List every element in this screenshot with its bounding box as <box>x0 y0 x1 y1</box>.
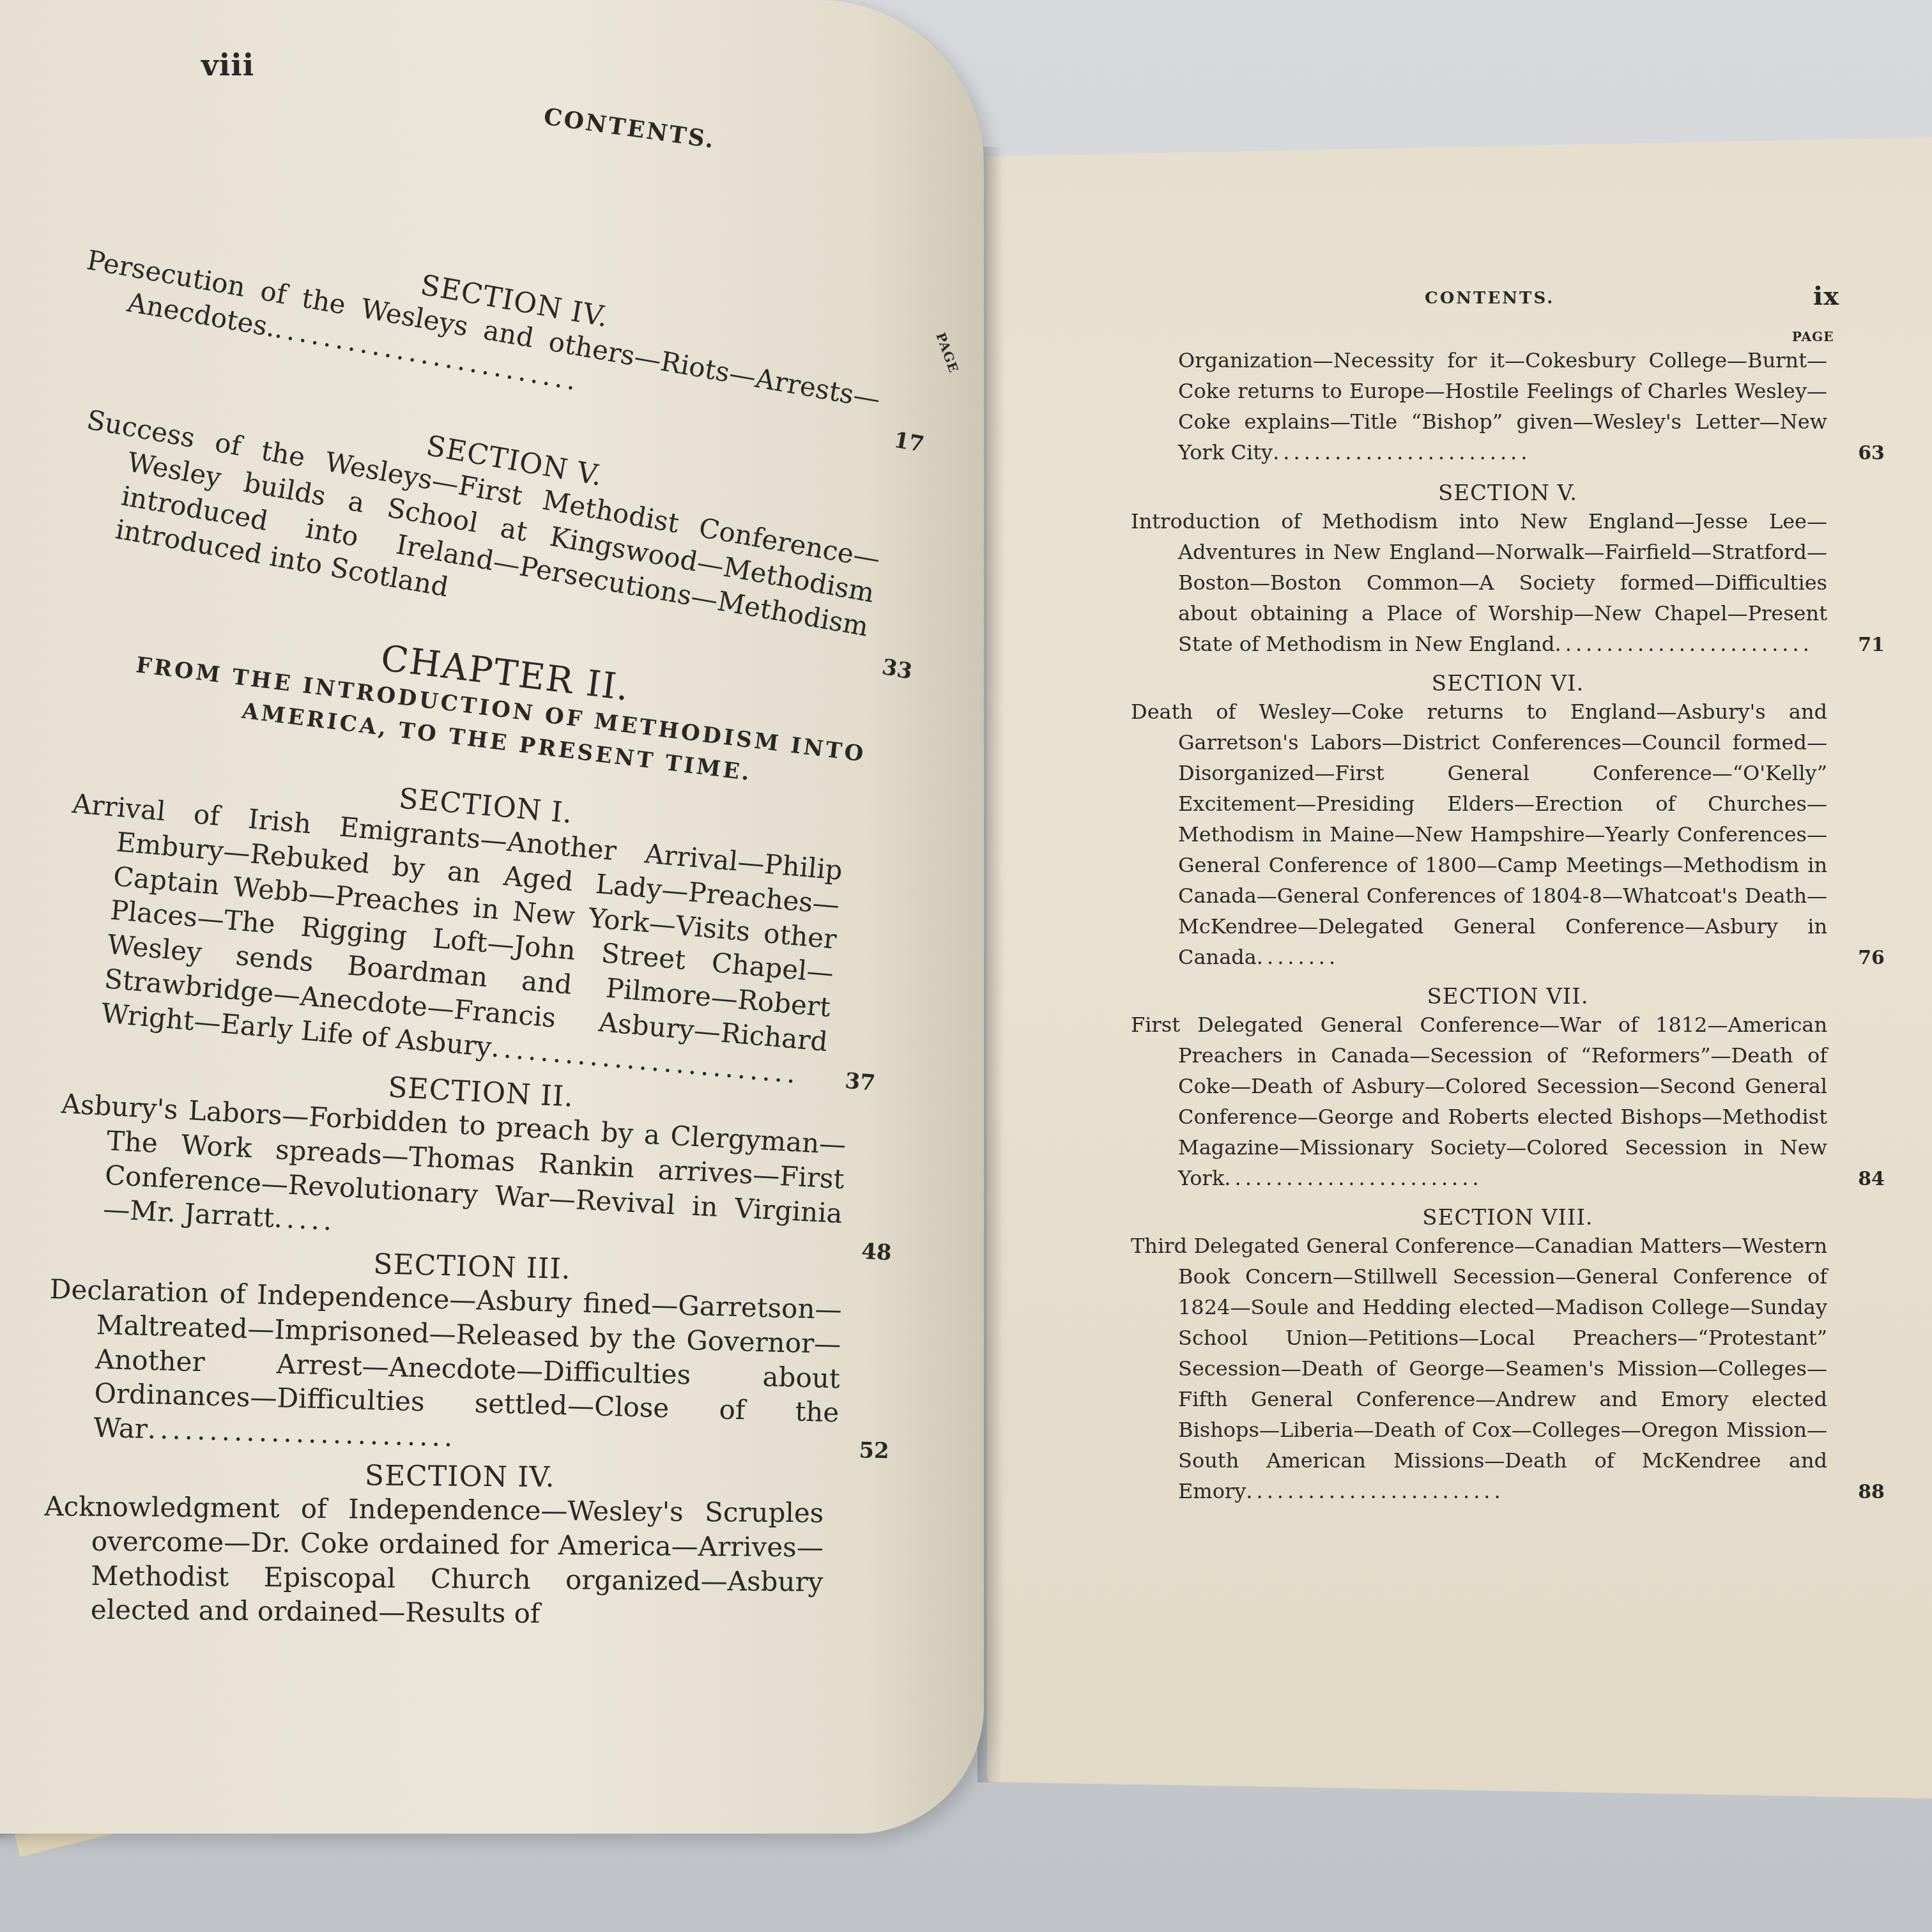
dot-leader: ......................... <box>1224 1166 1482 1190</box>
toc-entry-sec8: SECTION VIII. Third Delegated General Co… <box>1131 1205 1885 1506</box>
page-number: 71 <box>1858 631 1885 659</box>
entry-text: First Delegated General Conference—War o… <box>1131 1009 1885 1193</box>
toc-entry-ch2-sec4: SECTION IV. Acknowledgment of Independen… <box>43 1457 875 1634</box>
entry-description: Death of Wesley—Coke returns to England—… <box>1131 700 1827 969</box>
section-heading: SECTION V. <box>1131 480 1885 506</box>
entry-text: Organization—Necessity for it—Cokesbury … <box>1131 345 1885 468</box>
dot-leader: ......................... <box>147 1413 457 1453</box>
page-column-label: PAGE <box>1792 329 1834 344</box>
page-number: 76 <box>1858 944 1885 972</box>
entry-description: Third Delegated General Conference—Canad… <box>1131 1234 1827 1503</box>
dot-leader: ......................... <box>1273 440 1531 464</box>
folio-left: viii <box>201 48 254 82</box>
page-number: 88 <box>1858 1478 1885 1506</box>
entry-text: Death of Wesley—Coke returns to England—… <box>1131 696 1885 972</box>
page-number: 37 <box>844 1068 877 1098</box>
page-number: 33 <box>880 654 914 687</box>
section-heading: SECTION VIII. <box>1131 1205 1885 1230</box>
dot-leader: ......................... <box>1555 632 1813 656</box>
page-number: 17 <box>892 427 926 459</box>
section-heading: SECTION VII. <box>1131 984 1885 1009</box>
dot-leader: ......................... <box>1246 1479 1504 1503</box>
entry-text: Declaration of Independence—Asbury fined… <box>46 1272 894 1466</box>
toc-entry-continued: Organization—Necessity for it—Cokesbury … <box>1131 345 1885 468</box>
entry-text: Introduction of Methodism into New Engla… <box>1131 506 1885 659</box>
toc-entry-ch2-sec3: SECTION III. Declaration of Independence… <box>46 1239 894 1466</box>
toc-entry-sec6: SECTION VI. Death of Wesley—Coke returns… <box>1131 671 1885 972</box>
right-page-text: Organization—Necessity for it—Cokesbury … <box>1131 345 1885 1506</box>
toc-entry-sec7: SECTION VII. First Delegated General Con… <box>1131 984 1885 1193</box>
running-head-right: CONTENTS. <box>1425 289 1554 308</box>
section-heading: SECTION VI. <box>1131 671 1885 696</box>
folio-right: ix <box>1813 281 1839 311</box>
entry-text: Third Delegated General Conference—Canad… <box>1131 1230 1885 1506</box>
entry-description: First Delegated General Conference—War o… <box>1131 1013 1827 1190</box>
page-number: 52 <box>859 1437 889 1466</box>
toc-entry-sec5: SECTION V. Introduction of Methodism int… <box>1131 480 1885 659</box>
entry-text: Acknowledgment of Independence—Wesley's … <box>43 1489 875 1634</box>
page-number: 84 <box>1858 1165 1885 1193</box>
entry-description: Acknowledgment of Independence—Wesley's … <box>44 1491 824 1629</box>
book-photo: viii CONTENTS. SECTION IV. Persecution o… <box>0 0 1932 1932</box>
page-number: 63 <box>1858 439 1885 468</box>
